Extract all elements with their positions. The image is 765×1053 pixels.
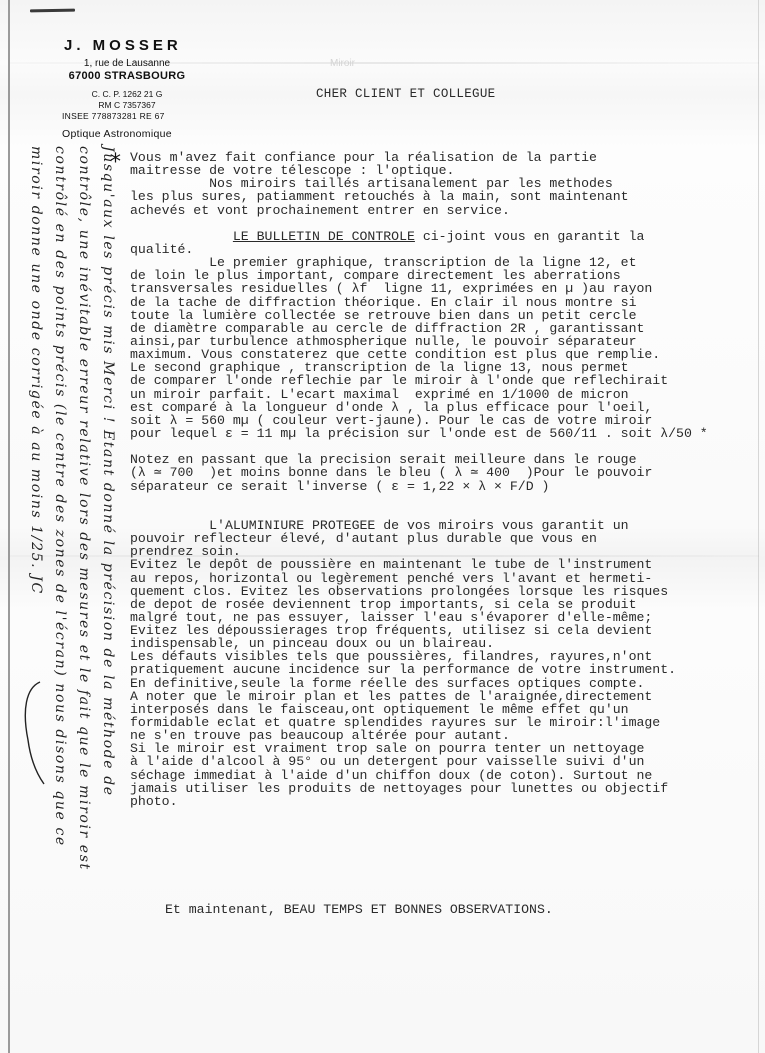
letter-body: Vous m'avez fait confiance pour la réali… [130,151,708,808]
ccp-number: C. C. P. 1262 21 G [62,89,192,100]
letter-line: soit λ = 560 mµ ( couleur vert-jaune). P… [130,414,708,427]
page-edge-right [758,0,759,1053]
margin-note-line: Jusqu'aux les précis mis Merci ! Etant d… [100,146,116,797]
staple-mark [30,9,75,13]
insee-number: INSEE 778873281 RE 67 [62,111,192,122]
letter-line: un miroir parfait. L'ecart maximal expri… [130,388,708,401]
letter-line: est comparé à la longueur d'onde λ , la … [130,401,708,414]
letter-line: photo. [130,795,708,808]
letter-line: En definitive,seule la forme réelle des … [130,677,708,690]
letter-line: séparateur ce serait l'inverse ( ε = 1,2… [130,480,708,493]
registration-info: C. C. P. 1262 21 G RM C 7357367 INSEE 77… [62,89,192,122]
margin-note-line: contrôle, une inévitable erreur relative… [76,146,92,871]
letter-line [130,217,708,230]
company-tagline: Optique Astronomique [62,128,192,140]
letter-line: transversales residuelles ( λf ligne 11,… [130,282,708,295]
letter-line: A noter que le miroir plan et les pattes… [130,690,708,703]
letter-line [130,506,708,519]
letter-line: les plus sures, patiamment retouchés à l… [130,190,708,203]
letter-line: à l'aide d'alcool à 95° ou un detergent … [130,755,708,768]
letter-line: au repos, horizontal ou legèrement pench… [130,572,708,585]
letter-line: de depot de rosée deviennent trop import… [130,598,708,611]
margin-note-line: contrôlé en des points précis (le centre… [52,146,68,847]
letter-line: de diamètre comparable au cercle de diff… [130,322,708,335]
address-street: 1, rue de Lausanne [62,58,192,69]
bulletin-heading: LE BULLETIN DE CONTROLE [233,229,415,244]
letterhead: J. MOSSER 1, rue de Lausanne 67000 STRAS… [62,37,192,140]
salutation: CHER CLIENT ET COLLEGUE [316,88,495,101]
letter-line [130,493,708,506]
address-city: 67000 STRASBOURG [62,70,192,82]
letter-line: toute la lumière collectée se retrouve b… [130,309,708,322]
letter-line: de la tache de diffraction théorique. En… [130,296,708,309]
letter-line: jamais utiliser les produits de nettoyag… [130,782,708,795]
company-name: J. MOSSER [64,37,192,54]
letter-line: séchage immediat à l'aide d'un chiffon d… [130,769,708,782]
letter-line: de comparer l'onde reflechie par le miro… [130,374,708,387]
letter-line: (λ ≃ 700 )et moins bonne dans le bleu ( … [130,466,708,479]
letter-line: pratiquement aucune incidence sur la per… [130,663,708,676]
signature-stroke [18,680,48,790]
letter-line: pour lequel ε = 11 mµ la précision sur l… [130,427,708,440]
letter-page: Miroir J. MOSSER 1, rue de Lausanne 6700… [0,0,765,1053]
closing-line: Et maintenant, BEAU TEMPS ET BONNES OBSE… [165,903,553,916]
letter-line: achevés et vont prochainement entrer en … [130,204,708,217]
letter-line: Evitez le depôt de poussière en maintena… [130,558,708,571]
rm-number: RM C 7357367 [62,100,192,111]
letter-line: LE BULLETIN DE CONTROLE ci-joint vous en… [130,230,708,243]
showthrough-text: Miroir [330,58,355,69]
page-edge [8,0,10,1053]
margin-note-line: miroir donne une onde corrigée à au moin… [28,146,44,595]
letter-line: quement clos. Evitez les observations pr… [130,585,708,598]
